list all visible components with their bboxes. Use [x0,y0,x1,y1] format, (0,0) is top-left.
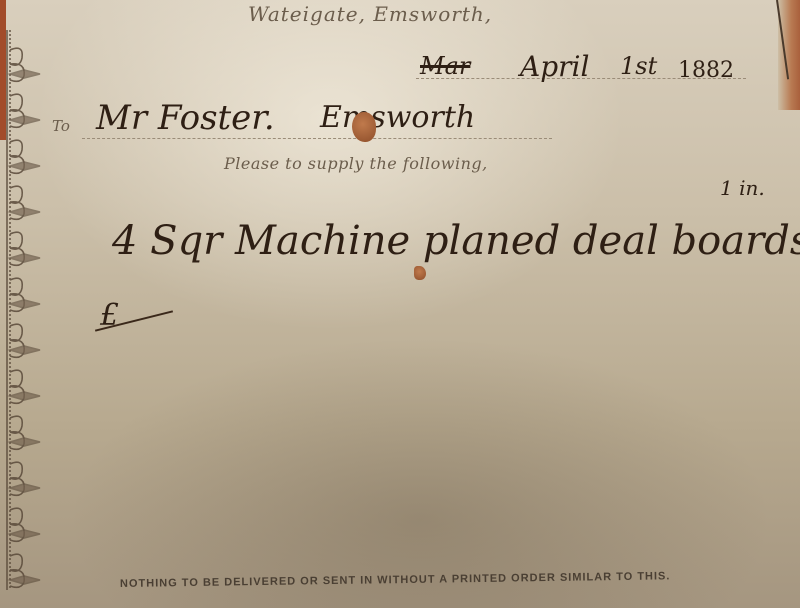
recipient-place: Emsworth [320,100,475,135]
ornamental-border-icon [0,30,46,590]
item-quantity: 4 Sqr [112,218,222,264]
paper-hole [414,266,426,280]
date-day: 1st [620,52,657,80]
right-page-edge [778,0,800,110]
recipient-name: Mr Foster. [96,98,275,138]
footer-notice: NOTHING TO BE DELIVERED OR SENT IN WITHO… [120,570,671,590]
recipient-dotted-line [82,138,552,139]
header-address: Wateigate, Emsworth, [248,2,492,26]
item-size-note: 1 in. [720,176,765,200]
date-struck-month: Mar [420,52,470,80]
date-month: April [520,50,589,83]
instruction-text: Please to supply the following, [224,154,488,173]
item-description: Machine planed deal boards [235,218,800,264]
order-form-paper: Wateigate, Emsworth, Mar April 1st 1882 … [0,0,800,608]
order-item: 4 Sqr Machine planed deal boards [112,218,800,264]
date-year: 1882 [678,58,734,83]
paper-hole [352,112,376,142]
to-label: To [52,117,70,135]
